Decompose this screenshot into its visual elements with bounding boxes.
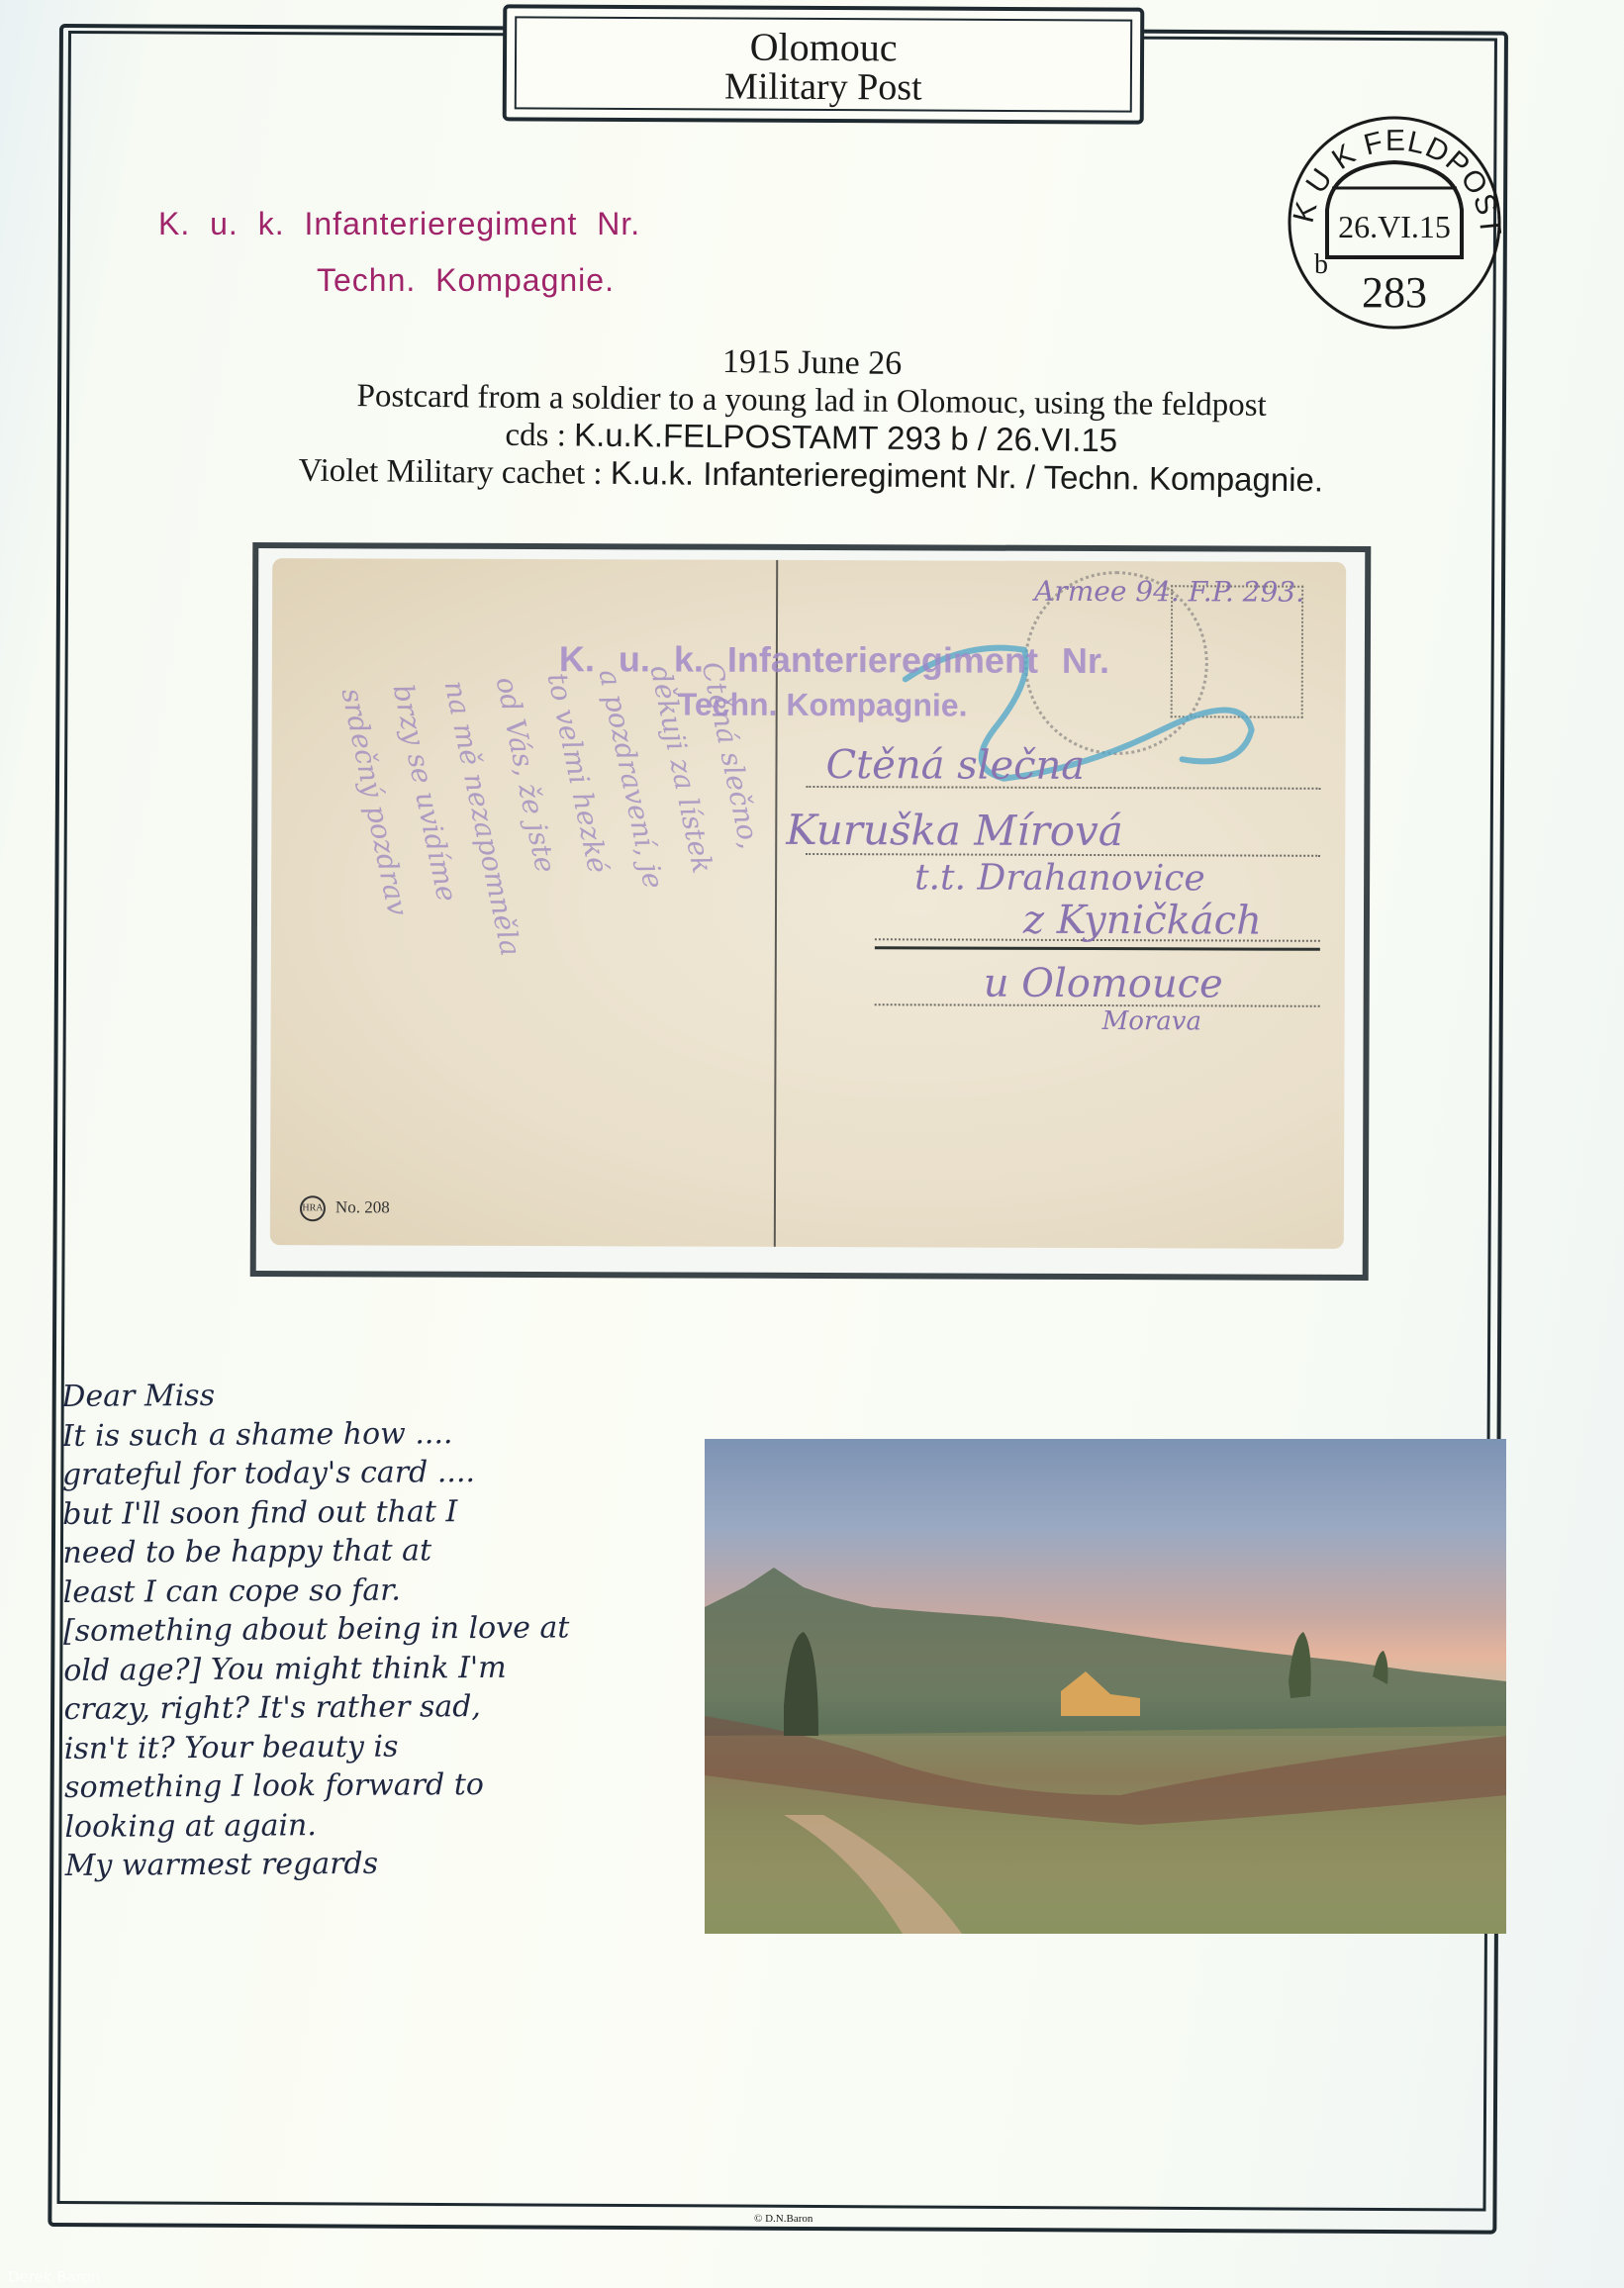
letter-line: [something about being in love at — [63, 1608, 618, 1651]
page-title: Olomouc — [517, 26, 1130, 68]
page-subtitle: Military Post — [517, 65, 1130, 108]
letter-line: old age?] You might think I'm — [63, 1648, 618, 1690]
letter-translation: Dear MissIt is such a shame how ....grat… — [61, 1374, 620, 1885]
letter-line: something I look forward to — [64, 1764, 619, 1807]
publisher-number: No. 208 — [335, 1197, 390, 1216]
letter-line: grateful for today's card .... — [62, 1452, 617, 1494]
cachet-replica: K. u. k. Infanterieregiment Nr. Techn. K… — [158, 206, 640, 299]
letter-line: looking at again. — [64, 1804, 619, 1847]
address-line-6: Morava — [1102, 1006, 1202, 1036]
postcard-address-side: Ctěná slečno,děkuji za lísteka pozdraven… — [270, 558, 1346, 1249]
page-title-box: Olomouc Military Post — [503, 4, 1145, 124]
letter-line: need to be happy that at — [62, 1530, 617, 1573]
address-line-1: Ctěná slečna — [825, 742, 1085, 789]
postcard-cachet-line2: Techn. Kompagnie. — [678, 687, 1109, 725]
letter-line: Dear Miss — [61, 1374, 616, 1416]
publisher-mark: HRANo. 208 — [300, 1195, 390, 1221]
postcard-violet-cachet: K. u. k. Infanterieregiment Nr. Techn. K… — [559, 638, 1109, 724]
copyright-notice: © D.N.Baron — [754, 2213, 812, 2225]
cds-label: cds : — [505, 418, 574, 454]
postcard-cachet-line1: K. u. k. Infanterieregiment Nr. — [559, 638, 1109, 682]
postmark-number: 283 — [1362, 268, 1427, 317]
letter-line: least I can cope so far. — [63, 1570, 618, 1612]
cachet-value: K.u.k. Infanterieregiment Nr. / Techn. K… — [611, 454, 1324, 499]
cachet-label: Violet Military cachet : — [299, 453, 611, 492]
address-line-3: t.t. Drahanovice — [914, 857, 1205, 899]
letter-line: but I'll soon find out that I — [62, 1491, 617, 1534]
cachet-replica-line2: Techn. Kompagnie. — [317, 262, 640, 299]
cds-value: K.u.K.FELPOSTAMT 293 b / 26.VI.15 — [574, 416, 1117, 458]
cachet-replica-line1: K. u. k. Infanterieregiment Nr. — [158, 206, 640, 242]
postcard-mount: Ctěná slečno,děkuji za lísteka pozdraven… — [250, 542, 1372, 1281]
postmark-icon: K U K FELDPOSTAMT 26.VI.15 b 283 — [1283, 111, 1506, 334]
sender-note: Armee 94. F.P. 293. — [1034, 575, 1304, 609]
publisher-logo-icon: HRA — [300, 1195, 326, 1221]
address-line-3-rule — [875, 946, 1320, 951]
letter-line: crazy, right? It's rather sad, — [63, 1686, 618, 1729]
postcard-picture-side — [705, 1439, 1506, 1934]
letter-line: isn't it? Your beauty is — [64, 1726, 619, 1768]
item-description: 1915 June 26 Postcard from a soldier to … — [118, 337, 1505, 503]
address-line-5: u Olomouce — [984, 961, 1223, 1007]
postmark-replica: K U K FELDPOSTAMT 26.VI.15 b 283 — [1283, 111, 1506, 334]
address-line-2: Kuruška Mírová — [786, 806, 1123, 855]
address-line-4: z Kyničkách — [1023, 898, 1262, 944]
landscape-painting — [705, 1439, 1506, 1934]
watermark: Derek Baron — [8, 2268, 100, 2286]
postmark-letter: b — [1314, 249, 1328, 280]
postmark-date: 26.VI.15 — [1338, 209, 1451, 244]
letter-line: It is such a shame how .... — [61, 1413, 616, 1456]
letter-line: My warmest regards — [65, 1843, 620, 1885]
